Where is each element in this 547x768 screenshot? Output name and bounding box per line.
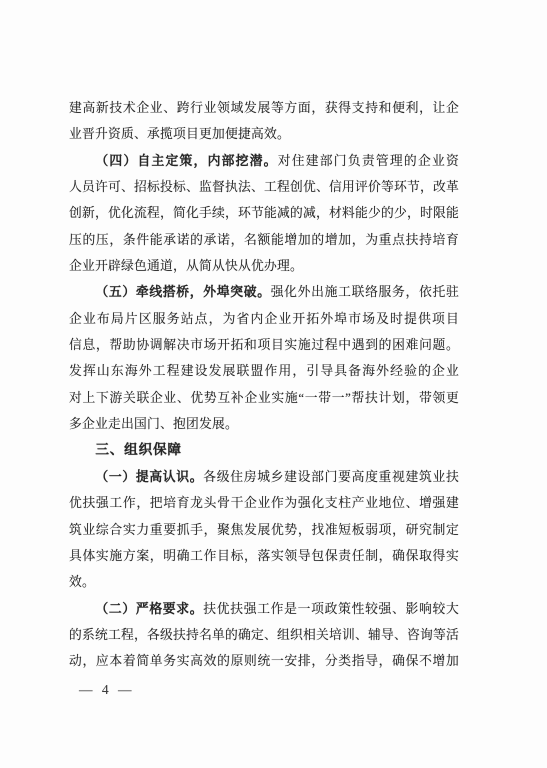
- line-text: 信息，帮助协调解决市场开拓和项目实施过程中遇到的困难问题。: [69, 338, 459, 352]
- text-line: 发挥山东海外工程建设发展联盟作用，引导具备海外经验的企业: [69, 358, 459, 384]
- document-page: 建高新技术企业、跨行业领域发展等方面，获得支持和便利，让企 业晋升资质、承揽项目…: [0, 0, 547, 768]
- text-line: 企业开辟绿色通道，从简从快从优办理。: [69, 253, 459, 279]
- text-line: 动，应本着简单务实高效的原则统一安排，分类指导，确保不增加: [69, 648, 459, 674]
- line-text: 建高新技术企业、跨行业领域发展等方面，获得支持和便利，让企: [69, 101, 459, 115]
- text-line: 创新，优化流程，简化手续，环节能减的减，材料能少的少，时限能: [69, 200, 459, 226]
- line-text: 对上下游关联企业、优势互补企业实施“一带一”帮扶计划，带领更: [69, 391, 459, 405]
- paragraph-first-line: （一）提高认识。各级住房城乡建设部门要高度重视建筑业扶: [69, 464, 459, 490]
- line-text: 业晋升资质、承揽项目更加便捷高效。: [69, 127, 290, 141]
- paragraph-lead: （一）提高认识。: [95, 470, 203, 484]
- paragraph-first-line: （四）自主定策，内部挖潜。对住建部门负责管理的企业资质、: [69, 148, 459, 174]
- line-text: 筑业综合实力重要抓手，聚焦发展优势，找准短板弱项，研究制定: [69, 523, 459, 537]
- line-text: 企业布局片区服务站点，为省内企业开拓外埠市场及时提供项目: [69, 312, 459, 326]
- line-text: 企业开辟绿色通道，从简从快从优办理。: [69, 259, 303, 273]
- line-text: 动，应本着简单务实高效的原则统一安排，分类指导，确保不增加: [69, 654, 459, 668]
- text-line: 企业布局片区服务站点，为省内企业开拓外埠市场及时提供项目: [69, 306, 459, 332]
- line-text: 各级住房城乡建设部门要高度重视建筑业扶: [203, 470, 459, 484]
- text-line: 业晋升资质、承揽项目更加便捷高效。: [69, 121, 459, 147]
- line-text: 多企业走出国门、抱团发展。: [69, 417, 238, 431]
- line-text: 具体实施方案，明确工作目标，落实领导包保责任制，确保取得实: [69, 549, 459, 563]
- text-line: 建高新技术企业、跨行业领域发展等方面，获得支持和便利，让企: [69, 95, 459, 121]
- document-body: 建高新技术企业、跨行业领域发展等方面，获得支持和便利，让企 业晋升资质、承揽项目…: [69, 95, 459, 675]
- line-text: 创新，优化流程，简化手续，环节能减的减，材料能少的少，时限能: [69, 206, 459, 220]
- text-line: 效。: [69, 569, 459, 595]
- text-line: 的系统工程，各级扶持名单的确定、组织相关培训、辅导、咨询等活: [69, 622, 459, 648]
- paragraph-first-line: （二）严格要求。扶优扶强工作是一项政策性较强、影响较大: [69, 596, 459, 622]
- text-line: 多企业走出国门、抱团发展。: [69, 411, 459, 437]
- line-text: 扶优扶强工作是一项政策性较强、影响较大: [203, 602, 459, 616]
- text-line: 人员许可、招标投标、监督执法、工程创优、信用评价等环节，改革: [69, 174, 459, 200]
- text-line: 优扶强工作，把培育龙头骨干企业作为强化支柱产业地位、增强建: [69, 490, 459, 516]
- text-line: 具体实施方案，明确工作目标，落实领导包保责任制，确保取得实: [69, 543, 459, 569]
- paragraph-first-line: （五）牵线搭桥，外埠突破。强化外出施工联络服务，依托驻外: [69, 279, 459, 305]
- text-line: 对上下游关联企业、优势互补企业实施“一带一”帮扶计划，带领更: [69, 385, 459, 411]
- text-line: 压的压，条件能承诺的承诺，名额能增加的增加，为重点扶持培育: [69, 227, 459, 253]
- line-text: 的系统工程，各级扶持名单的确定、组织相关培训、辅导、咨询等活: [69, 628, 459, 642]
- line-text: 人员许可、招标投标、监督执法、工程创优、信用评价等环节，改革: [69, 180, 459, 194]
- paragraph-lead: （五）牵线搭桥，外埠突破。: [95, 285, 270, 299]
- paragraph-lead: （二）严格要求。: [95, 602, 203, 616]
- paragraph-lead: （四）自主定策，内部挖潜。: [95, 154, 277, 168]
- section-heading-text: 三、组织保障: [95, 442, 181, 457]
- line-text: 效。: [69, 575, 95, 589]
- text-line: 信息，帮助协调解决市场开拓和项目实施过程中遇到的困难问题。: [69, 332, 459, 358]
- page-number: — 4 —: [79, 681, 135, 698]
- line-text: 发挥山东海外工程建设发展联盟作用，引导具备海外经验的企业: [69, 364, 459, 378]
- text-line: 筑业综合实力重要抓手，聚焦发展优势，找准短板弱项，研究制定: [69, 517, 459, 543]
- line-text: 压的压，条件能承诺的承诺，名额能增加的增加，为重点扶持培育: [69, 233, 459, 247]
- line-text: 优扶强工作，把培育龙头骨干企业作为强化支柱产业地位、增强建: [69, 496, 459, 510]
- section-heading: 三、组织保障: [69, 437, 459, 463]
